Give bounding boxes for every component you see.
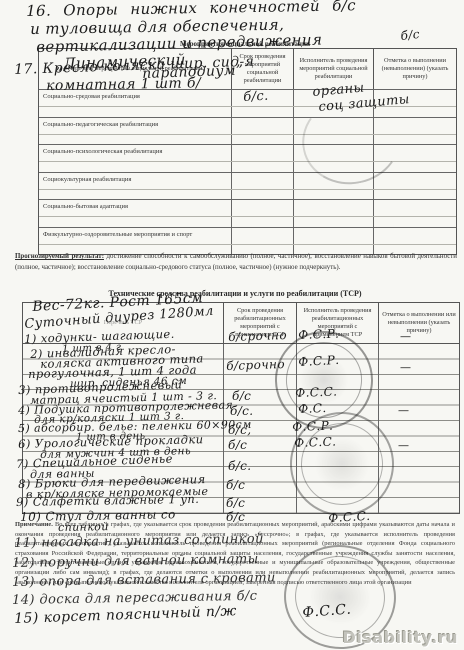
row-label: Социально-психологическая реабилитация [39,145,231,172]
table-row: Социально-бытовая адаптация [39,199,456,227]
tsr-item-text: 9) Салфетки влажные 1 уп. [16,494,199,509]
handwritten-line: б/с [400,28,420,42]
tsr-item-text: 15) корсет поясничный п/ж [14,604,237,626]
handwritten-line: комнатная 1 шт б/ [46,76,201,93]
tsr-item-term: б/с. [228,460,252,472]
tsr-item-mark: — [398,405,409,416]
tsr-item-term: б/с [226,479,245,491]
tsr-item-mark: — [400,331,411,342]
table-row: Социокультурная реабилитация [39,172,456,200]
row-label: Социокультурная реабилитация [39,173,231,200]
forecast-paragraph: Прогнозируемый результат: достижение спо… [15,252,457,273]
row-label: Социально-бытовая адаптация [39,200,231,227]
tsr-item-term: б/с, [228,424,252,436]
tsr-item-term: б/с. [230,405,254,417]
row-label: Социально-педагогическая реабилитация [39,118,231,145]
tsr-item-term: б/с [226,511,245,523]
row-label: Физкультурно-оздоровительные мероприятия… [39,228,231,255]
tsr-item-mark: — [400,362,411,373]
tsr-item-term: б/с [228,439,247,451]
tsr-item-term: б/срочно [228,329,287,343]
tsr-item-mark: — [398,440,409,451]
tsr-item-text: спинкой [58,521,109,533]
scanned-rehab-form-page: 16. Опоры нижних конечностей б/с и тулов… [0,0,464,650]
handwritten-term: б/с. [243,90,269,104]
site-watermark: Disability.ru [343,628,458,647]
tsr-item-term: б/с [226,497,245,509]
table-row: Физкультурно-оздоровительные мероприятия… [39,227,456,255]
forecast-lead: Прогнозируемый результат: [15,253,104,260]
handwritten-line: 16. Опоры нижних конечностей б/с [26,0,356,19]
column-header: Отметка о выполнении (невыполнении) (ука… [373,49,456,89]
tsr-item-term: б/с [232,390,251,402]
row-label: Социально-средовая реабилитация [39,90,231,117]
column-header: Отметка о выполнении или невыполнении (у… [378,303,459,343]
